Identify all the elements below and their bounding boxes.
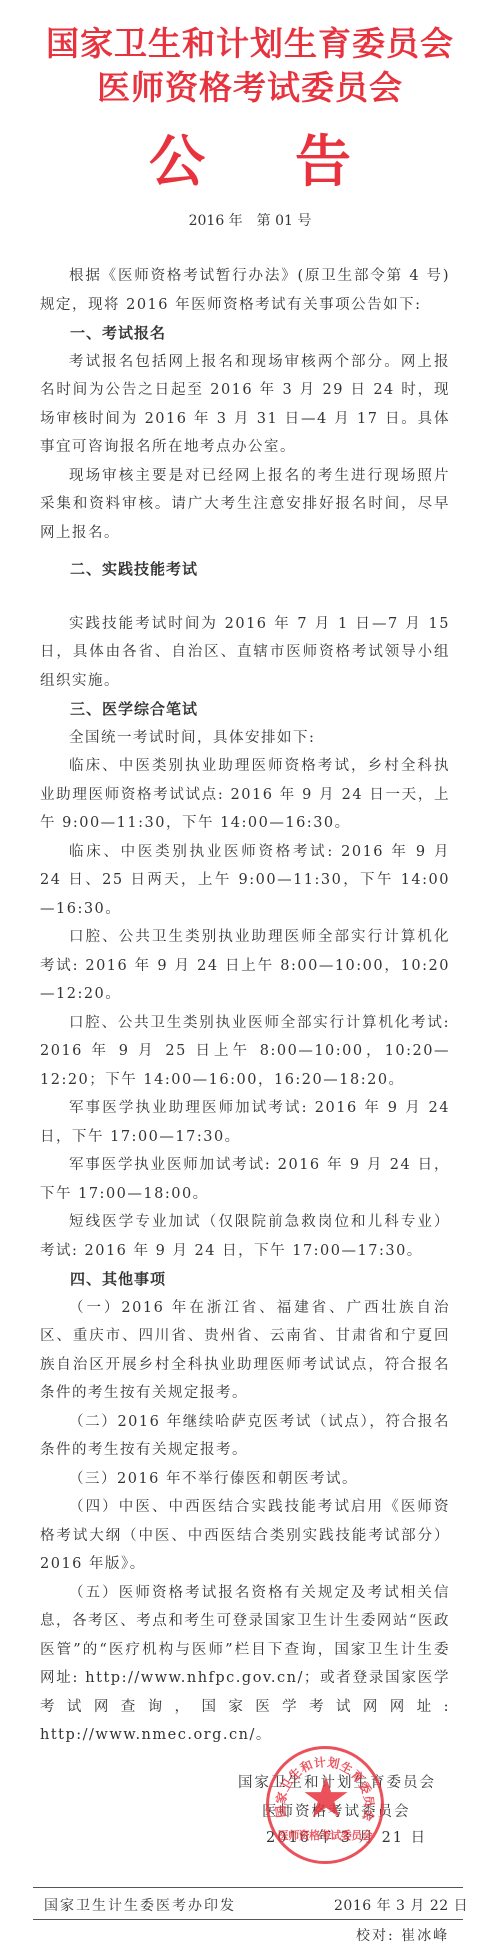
- paragraph: 考试报名包括网上报名和现场审核两个部分。网上报名时间为公告之日起至 2016 年…: [40, 348, 450, 462]
- footer-top-rule: [33, 1887, 463, 1888]
- paragraph: 短线医学专业加试（仅限院前急救岗位和儿科专业）考试: 2016 年 9 月 24…: [40, 1208, 450, 1265]
- paragraph: 现场审核主要是对已经网上报名的考生进行现场照片采集和资料审核。请广大考生注意安排…: [40, 462, 450, 548]
- header-org-line2: 医师资格考试委员会: [0, 62, 500, 109]
- announcement-body: 根据《医师资格考试暂行办法》(原卫生部令第 4 号)规定，现将 2016 年医师…: [40, 262, 450, 1750]
- footer-issue-date: 2016 年 3 月 22 日: [334, 1895, 468, 1915]
- doc-type-title: 公告: [0, 118, 500, 198]
- paragraph: 实践技能考试时间为 2016 年 7 月 1 日—7 月 15 日，具体由各省、…: [40, 610, 450, 696]
- paragraph: 口腔、公共卫生类别执业医师全部实行计算机化考试: 2016 年 9 月 25 日…: [40, 1009, 450, 1095]
- paragraph: 口腔、公共卫生类别执业助理医师全部实行计算机化考试: 2016 年 9 月 24…: [40, 923, 450, 1009]
- paragraph: （四）中医、中西医结合实践技能考试启用《医师资格考试大纲（中医、中西医结合类别实…: [40, 1493, 450, 1579]
- section-heading: 一、考试报名: [40, 319, 450, 348]
- footer-proofreader: 校对: 崔冰峰: [356, 1925, 449, 1945]
- paragraph: （二）2016 年继续哈萨克医考试（试点），符合报名条件的考生按有关规定报考。: [40, 1408, 450, 1465]
- section-heading: 三、医学综合笔试: [40, 695, 450, 724]
- section-heading: 四、其他事项: [40, 1265, 450, 1294]
- section-heading: 二、实践技能考试: [40, 555, 450, 584]
- star-icon: ★: [298, 1771, 354, 1827]
- paragraph: （一）2016 年在浙江省、福建省、广西壮族自治区、重庆市、四川省、贵州省、云南…: [40, 1294, 450, 1408]
- paragraph: 军事医学执业医师加试考试: 2016 年 9 月 24 日，下午 17:00—1…: [40, 1151, 450, 1208]
- paragraph: 临床、中医类别执业助理医师资格考试，乡村全科执业助理医师资格考试试点: 2016…: [40, 752, 450, 838]
- intro-paragraph: 根据《医师资格考试暂行办法》(原卫生部令第 4 号)规定，现将 2016 年医师…: [40, 262, 450, 319]
- seal-bottom-text: 医师资格考试委员会: [277, 1827, 373, 1843]
- header-org-line1: 国家卫生和计划生育委员会: [0, 18, 500, 65]
- footer-issuer: 国家卫生计生委医考办印发: [44, 1895, 236, 1915]
- official-seal: 国家卫生和计划生育委员会 ★ 医师资格考试委员会: [266, 1746, 384, 1864]
- paragraph: 临床、中医类别执业医师资格考试: 2016 年 9 月 24 日、25 日两天，…: [40, 838, 450, 924]
- paragraph: （五）医师资格考试报名资格有关规定及考试相关信息，各考区、考点和考生可登录国家卫…: [40, 1579, 450, 1750]
- paragraph: 军事医学执业助理医师加试考试: 2016 年 9 月 24 日，下午 17:00…: [40, 1094, 450, 1151]
- paragraph: 全国统一考试时间，具体安排如下:: [40, 724, 450, 753]
- paragraph: （三）2016 年不举行傣医和朝医考试。: [40, 1465, 450, 1494]
- doc-number: 2016 年 第 01 号: [0, 210, 500, 230]
- footer-bottom-rule: [33, 1919, 463, 1920]
